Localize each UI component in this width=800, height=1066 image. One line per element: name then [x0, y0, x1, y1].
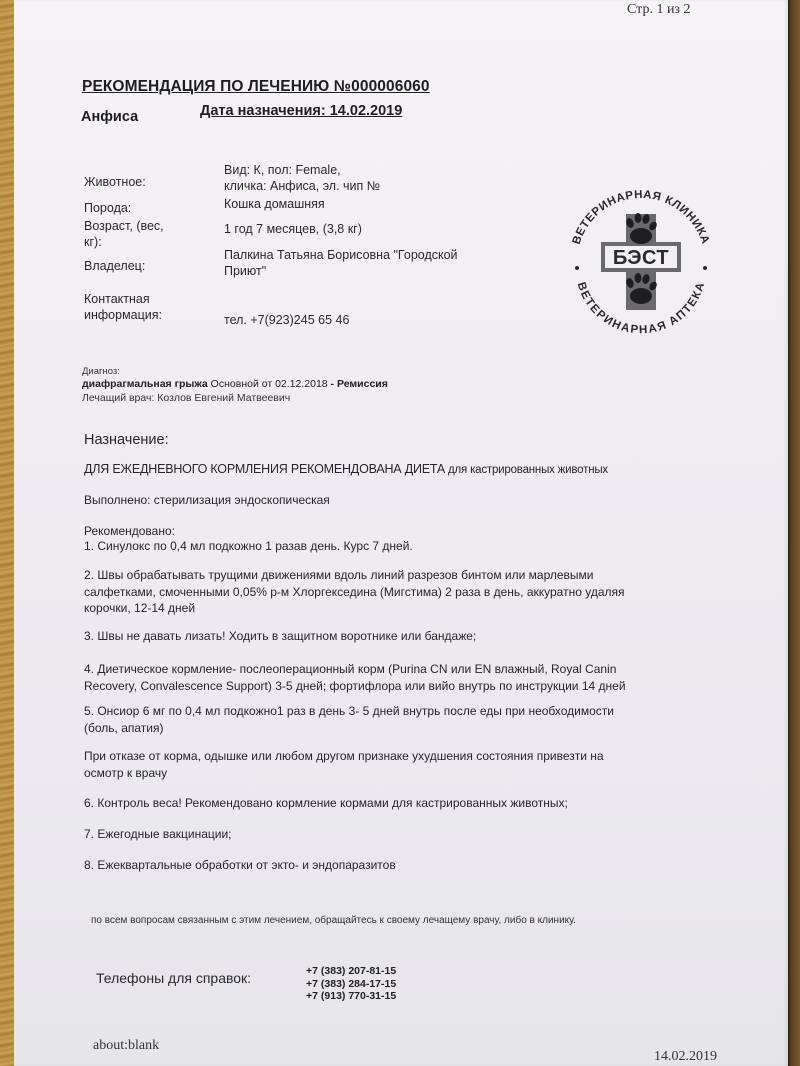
label-owner: Владелец:	[84, 258, 214, 274]
stamp-dot-icon	[703, 266, 707, 270]
recommendation-line: салфетками, смоченными 0,05% р-м Хлоргек…	[84, 584, 734, 601]
recommendation-line: 5. Онсиор 6 мг по 0,4 мл подкожно1 раз в…	[84, 703, 734, 720]
diagnosis-line: диафрагмальная грыжа Основной от 02.12.2…	[82, 378, 388, 390]
recommendation-line: 4. Диетическое кормление- послеоперацион…	[84, 661, 734, 678]
recommendation-line: 3. Швы не давать лизать! Ходить в защитн…	[84, 628, 734, 645]
performed-procedure: Выполнено: стерилизация эндоскопическая	[84, 492, 734, 509]
recommendation-line: Recovery, Convalescence Support) 3-5 дне…	[84, 678, 734, 695]
diagnosis-type-date: Основной от 02.12.2018	[208, 378, 331, 390]
print-date: 14.02.2019	[654, 1049, 717, 1065]
contact-note: по всем вопросам связанным с этим лечени…	[91, 915, 576, 926]
stamp-center-text: БЭСТ	[613, 247, 669, 269]
recommendation-line: 1. Синулокс по 0,4 мл подкожно 1 разав д…	[84, 538, 734, 555]
recommendation-item: 3. Швы не давать лизать! Ходить в защитн…	[84, 628, 734, 645]
recommendation-line: 2. Швы обрабатывать трущими движениями в…	[84, 567, 734, 584]
recommendation-item: При отказе от корма, одышке или любом др…	[84, 748, 734, 781]
diet-rest: для кастрированных животных	[445, 464, 608, 476]
value-animal-line: кличка: Анфиса, эл. чип №	[224, 179, 524, 195]
recommendation-item: 2. Швы обрабатывать трущими движениями в…	[84, 567, 734, 617]
value-owner-line: Палкина Татьяна Борисовна "Городской	[224, 248, 524, 264]
recommendation-line: корочки, 12-14 дней	[84, 600, 734, 617]
stamp-dot-icon	[575, 266, 579, 270]
label-age-weight-line: кг):	[84, 234, 214, 250]
label-breed: Порода:	[84, 200, 214, 216]
print-url: about:blank	[93, 1038, 159, 1054]
diagnosis-status: - Ремиссия	[331, 378, 388, 390]
recommendation-item: 5. Онсиор 6 мг по 0,4 мл подкожно1 раз в…	[84, 703, 734, 736]
recommendation-item: 1. Синулокс по 0,4 мл подкожно 1 разав д…	[84, 538, 734, 555]
diet-recommendation: ДЛЯ ЕЖЕДНЕВНОГО КОРМЛЕНИЯ РЕКОМЕНДОВАНА …	[84, 462, 608, 476]
value-owner: Палкина Татьяна Борисовна "Городской При…	[224, 248, 524, 279]
diet-caps: ДЛЯ ЕЖЕДНЕВНОГО КОРМЛЕНИЯ РЕКОМЕНДОВАНА …	[84, 462, 445, 476]
phone-number: +7 (913) 770-31-15	[306, 990, 396, 1003]
patient-name: Анфиса	[81, 109, 138, 125]
date-assigned: Дата назначения: 14.02.2019	[200, 103, 402, 119]
label-contact-line: Контактная	[84, 291, 214, 307]
value-contact: тел. +7(923)245 65 46	[224, 313, 524, 329]
recommendation-line: 7. Ежегодные вакцинации;	[84, 826, 734, 843]
recommendation-line: осмотр к врачу	[84, 765, 734, 782]
attending-doctor: Лечащий врач: Козлов Евгений Матвеевич	[82, 392, 290, 404]
value-animal-line: Вид: К, пол: Female,	[224, 163, 524, 179]
recommendation-item: 7. Ежегодные вакцинации;	[84, 826, 734, 843]
recommendation-line: 8. Ежеквартальные обработки от экто- и э…	[84, 857, 734, 874]
label-age-weight-line: Возраст, (вес,	[84, 218, 214, 234]
page-number: Стр. 1 из 2	[627, 2, 690, 18]
recommendation-item: 6. Контроль веса! Рекомендовано кормлени…	[84, 795, 734, 812]
phone-number: +7 (383) 284-17-15	[306, 978, 396, 991]
recommendation-line: При отказе от корма, одышке или любом др…	[84, 748, 734, 765]
recommendation-item: 4. Диетическое кормление- послеоперацион…	[84, 661, 734, 694]
phone-list: +7 (383) 207-81-15 +7 (383) 284-17-15 +7…	[306, 965, 396, 1003]
phones-label: Телефоны для справок:	[96, 970, 251, 986]
assignment-heading: Назначение:	[84, 432, 169, 448]
label-age-weight: Возраст, (вес, кг):	[84, 218, 214, 250]
table-surface-left	[0, 0, 14, 1066]
diagnosis-caption: Диагноз:	[82, 366, 120, 377]
value-animal: Вид: К, пол: Female, кличка: Анфиса, эл.…	[224, 163, 524, 194]
recommendation-item: 8. Ежеквартальные обработки от экто- и э…	[84, 857, 734, 874]
document-title: РЕКОМЕНДАЦИЯ ПО ЛЕЧЕНИЮ №000006060	[82, 78, 430, 96]
label-contact-line: информация:	[84, 307, 214, 323]
value-owner-line: Приют"	[224, 264, 524, 280]
label-contact: Контактная информация:	[84, 291, 214, 323]
clinic-stamp: ВЕТЕРИНАРНАЯ КЛИНИКА ВЕТЕРИНАРНАЯ АПТЕКА…	[557, 176, 725, 336]
phone-number: +7 (383) 207-81-15	[306, 965, 396, 978]
value-breed: Кошка домашняя	[224, 197, 524, 213]
label-animal: Животное:	[84, 174, 214, 190]
table-surface-right	[788, 0, 800, 1066]
diagnosis-name: диафрагмальная грыжа	[82, 378, 208, 390]
recommendation-line: (боль, апатия)	[84, 720, 734, 737]
recommendation-line: 6. Контроль веса! Рекомендовано кормлени…	[84, 795, 734, 812]
value-age-weight: 1 год 7 месяцев, (3,8 кг)	[224, 222, 524, 238]
